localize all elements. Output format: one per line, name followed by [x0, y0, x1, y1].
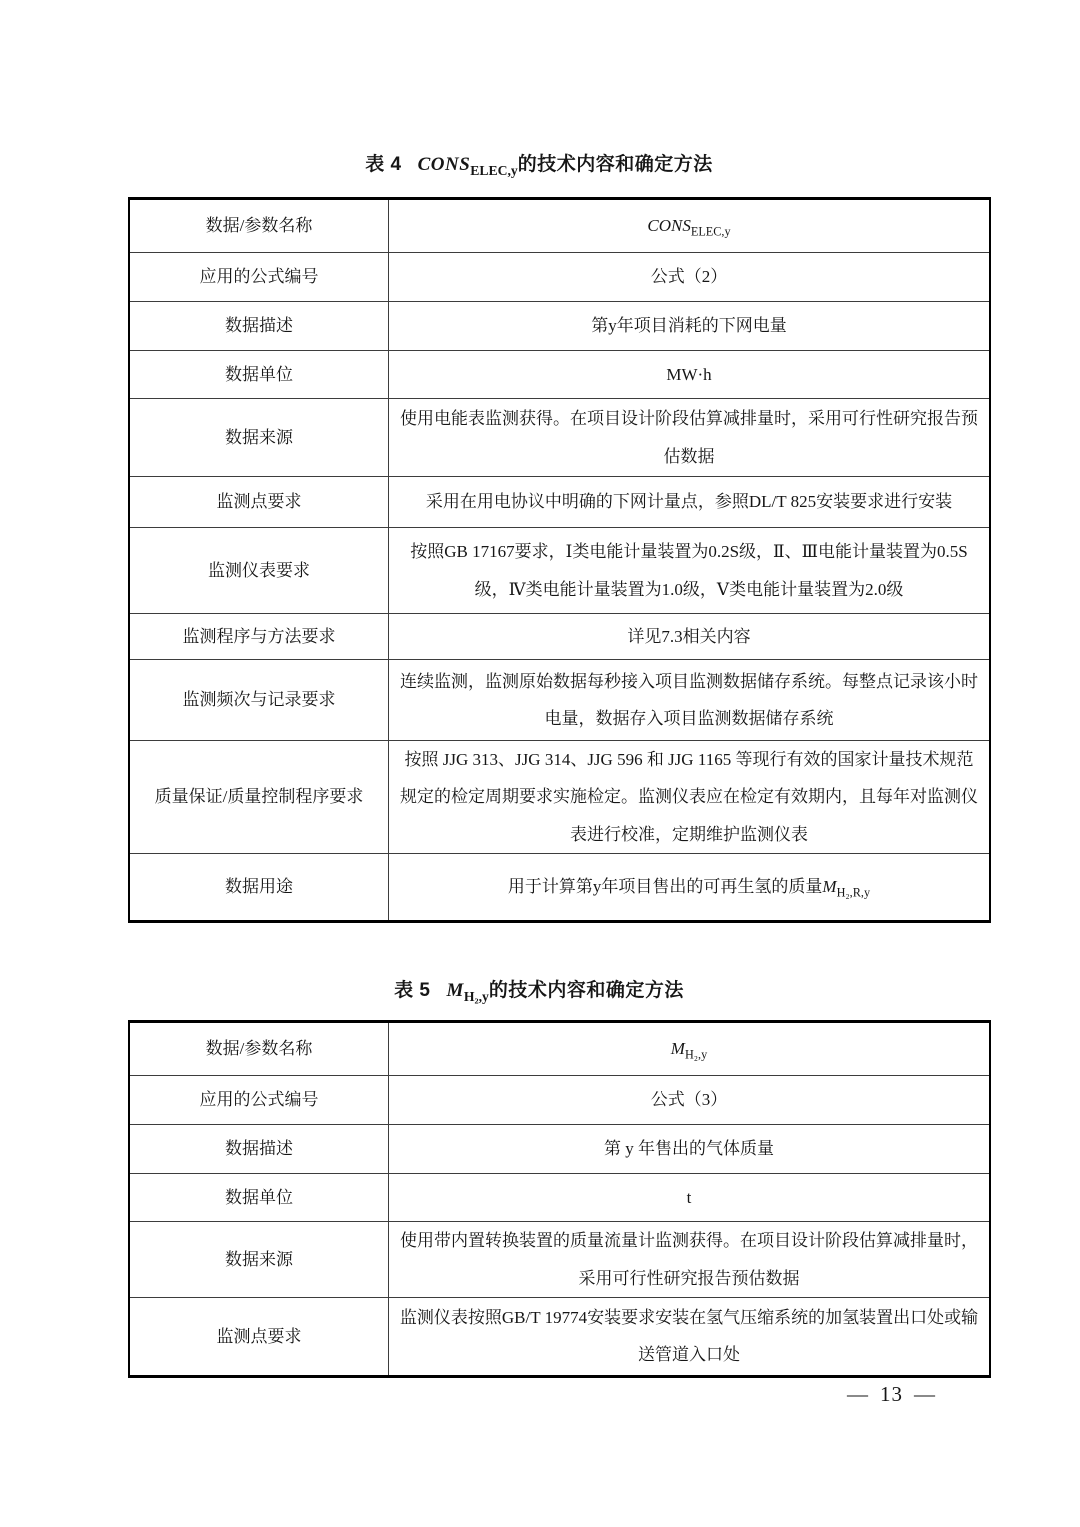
table5: 数据/参数名称 MH₂,y 应用的公式编号 公式（3） 数据描述 第 y 年售出…: [128, 1020, 991, 1378]
row-value: t: [389, 1174, 991, 1222]
page-number: 13: [880, 1382, 903, 1406]
row-label: 数据单位: [129, 351, 389, 399]
formula-subscript: H₂,y: [464, 989, 489, 1004]
row-value-text: 用于计算第y年项目售出的可再生氢的质量: [508, 877, 823, 896]
row-label: 数据/参数名称: [129, 199, 389, 253]
table-row: 数据来源 使用带内置转换装置的质量流量计监测获得。在项目设计阶段估算减排量时，采…: [129, 1222, 990, 1298]
document-page: 表 4CONSELEC,y的技术内容和确定方法 数据/参数名称 CONSELEC…: [0, 0, 1080, 1527]
formula-subscript: ELEC,y: [470, 163, 518, 178]
row-value: MW·h: [389, 351, 991, 399]
table-row: 监测频次与记录要求 连续监测，监测原始数据每秒接入项目监测数据储存系统。每整点记…: [129, 660, 990, 741]
formula-main: M: [822, 877, 836, 896]
formula-main: M: [446, 980, 463, 1001]
table4-caption-suffix: 的技术内容和确定方法: [518, 154, 713, 175]
table-row: 监测程序与方法要求 详见7.3相关内容: [129, 614, 990, 660]
row-value: 采用在用电协议中明确的下网计量点，参照DL/T 825安装要求进行安装: [389, 477, 991, 528]
table-row: 数据单位 t: [129, 1174, 990, 1222]
row-value: 详见7.3相关内容: [389, 614, 991, 660]
parameter-formula: MH₂,y: [671, 1039, 707, 1058]
parameter-formula: MH₂,R,y: [822, 877, 870, 896]
row-label: 监测程序与方法要求: [129, 614, 389, 660]
row-label: 数据来源: [129, 399, 389, 477]
table-row: 监测点要求 采用在用电协议中明确的下网计量点，参照DL/T 825安装要求进行安…: [129, 477, 990, 528]
table-row: 数据/参数名称 MH₂,y: [129, 1022, 990, 1076]
formula-main: CONS: [418, 154, 471, 175]
table-row: 数据描述 第y年项目消耗的下网电量: [129, 302, 990, 351]
row-value: 使用电能表监测获得。在项目设计阶段估算减排量时，采用可行性研究报告预估数据: [389, 399, 991, 477]
table-row: 监测点要求 监测仪表按照GB/T 19774安装要求安装在氢气压缩系统的加氢装置…: [129, 1297, 990, 1376]
parameter-formula: CONSELEC,y: [647, 216, 730, 235]
row-value: MH₂,y: [389, 1022, 991, 1076]
table5-caption: 表 5MH₂,y的技术内容和确定方法: [128, 976, 950, 1006]
row-value: 公式（3）: [389, 1076, 991, 1125]
row-value: 监测仪表按照GB/T 19774安装要求安装在氢气压缩系统的加氢装置出口处或输送…: [389, 1297, 991, 1376]
formula-subscript: H₂,y: [685, 1047, 707, 1061]
row-label: 数据来源: [129, 1222, 389, 1298]
table-row: 应用的公式编号 公式（2）: [129, 253, 990, 302]
row-label: 监测点要求: [129, 477, 389, 528]
row-label: 数据描述: [129, 302, 389, 351]
table-row: 监测仪表要求 按照GB 17167要求，Ⅰ类电能计量装置为0.2S级，Ⅱ、Ⅲ电能…: [129, 528, 990, 614]
table-row: 应用的公式编号 公式（3）: [129, 1076, 990, 1125]
table5-caption-formula: MH₂,y: [446, 980, 488, 1001]
row-value: 用于计算第y年项目售出的可再生氢的质量MH₂,R,y: [389, 854, 991, 922]
table4-caption: 表 4CONSELEC,y的技术内容和确定方法: [128, 150, 950, 180]
formula-subscript: ELEC,y: [691, 224, 731, 238]
row-label: 数据用途: [129, 854, 389, 922]
row-label: 数据单位: [129, 1174, 389, 1222]
table5-caption-suffix: 的技术内容和确定方法: [489, 980, 684, 1001]
formula-main: CONS: [647, 216, 690, 235]
row-value: 第y年项目消耗的下网电量: [389, 302, 991, 351]
table-row: 数据/参数名称 CONSELEC,y: [129, 199, 990, 253]
formula-subscript: H₂,R,y: [837, 885, 871, 899]
table4: 数据/参数名称 CONSELEC,y 应用的公式编号 公式（2） 数据描述 第y…: [128, 197, 991, 923]
table4-caption-index: 表 4: [365, 154, 401, 175]
row-value: 连续监测，监测原始数据每秒接入项目监测数据储存系统。每整点记录该小时电量，数据存…: [389, 660, 991, 741]
row-value: 按照GB 17167要求，Ⅰ类电能计量装置为0.2S级，Ⅱ、Ⅲ电能计量装置为0.…: [389, 528, 991, 614]
row-label: 监测仪表要求: [129, 528, 389, 614]
row-value: CONSELEC,y: [389, 199, 991, 253]
row-label: 应用的公式编号: [129, 253, 389, 302]
table-row: 数据用途 用于计算第y年项目售出的可再生氢的质量MH₂,R,y: [129, 854, 990, 922]
table4-caption-formula: CONSELEC,y: [418, 154, 518, 175]
table-row: 数据描述 第 y 年售出的气体质量: [129, 1125, 990, 1174]
footer-right-dash: —: [914, 1382, 936, 1406]
footer-left-dash: —: [847, 1382, 869, 1406]
row-label: 应用的公式编号: [129, 1076, 389, 1125]
row-value: 公式（2）: [389, 253, 991, 302]
row-label: 数据描述: [129, 1125, 389, 1174]
row-label: 质量保证/质量控制程序要求: [129, 741, 389, 854]
table-row: 质量保证/质量控制程序要求 按照 JJG 313、JJG 314、JJG 596…: [129, 741, 990, 854]
table-row: 数据来源 使用电能表监测获得。在项目设计阶段估算减排量时，采用可行性研究报告预估…: [129, 399, 990, 477]
row-label: 监测频次与记录要求: [129, 660, 389, 741]
row-value: 第 y 年售出的气体质量: [389, 1125, 991, 1174]
formula-main: M: [671, 1039, 685, 1058]
row-value: 按照 JJG 313、JJG 314、JJG 596 和 JJG 1165 等现…: [389, 741, 991, 854]
row-label: 数据/参数名称: [129, 1022, 389, 1076]
row-label: 监测点要求: [129, 1297, 389, 1376]
row-value: 使用带内置转换装置的质量流量计监测获得。在项目设计阶段估算减排量时，采用可行性研…: [389, 1222, 991, 1298]
table-row: 数据单位 MW·h: [129, 351, 990, 399]
page-footer: —13—: [836, 1382, 947, 1407]
table5-caption-index: 表 5: [394, 980, 430, 1001]
